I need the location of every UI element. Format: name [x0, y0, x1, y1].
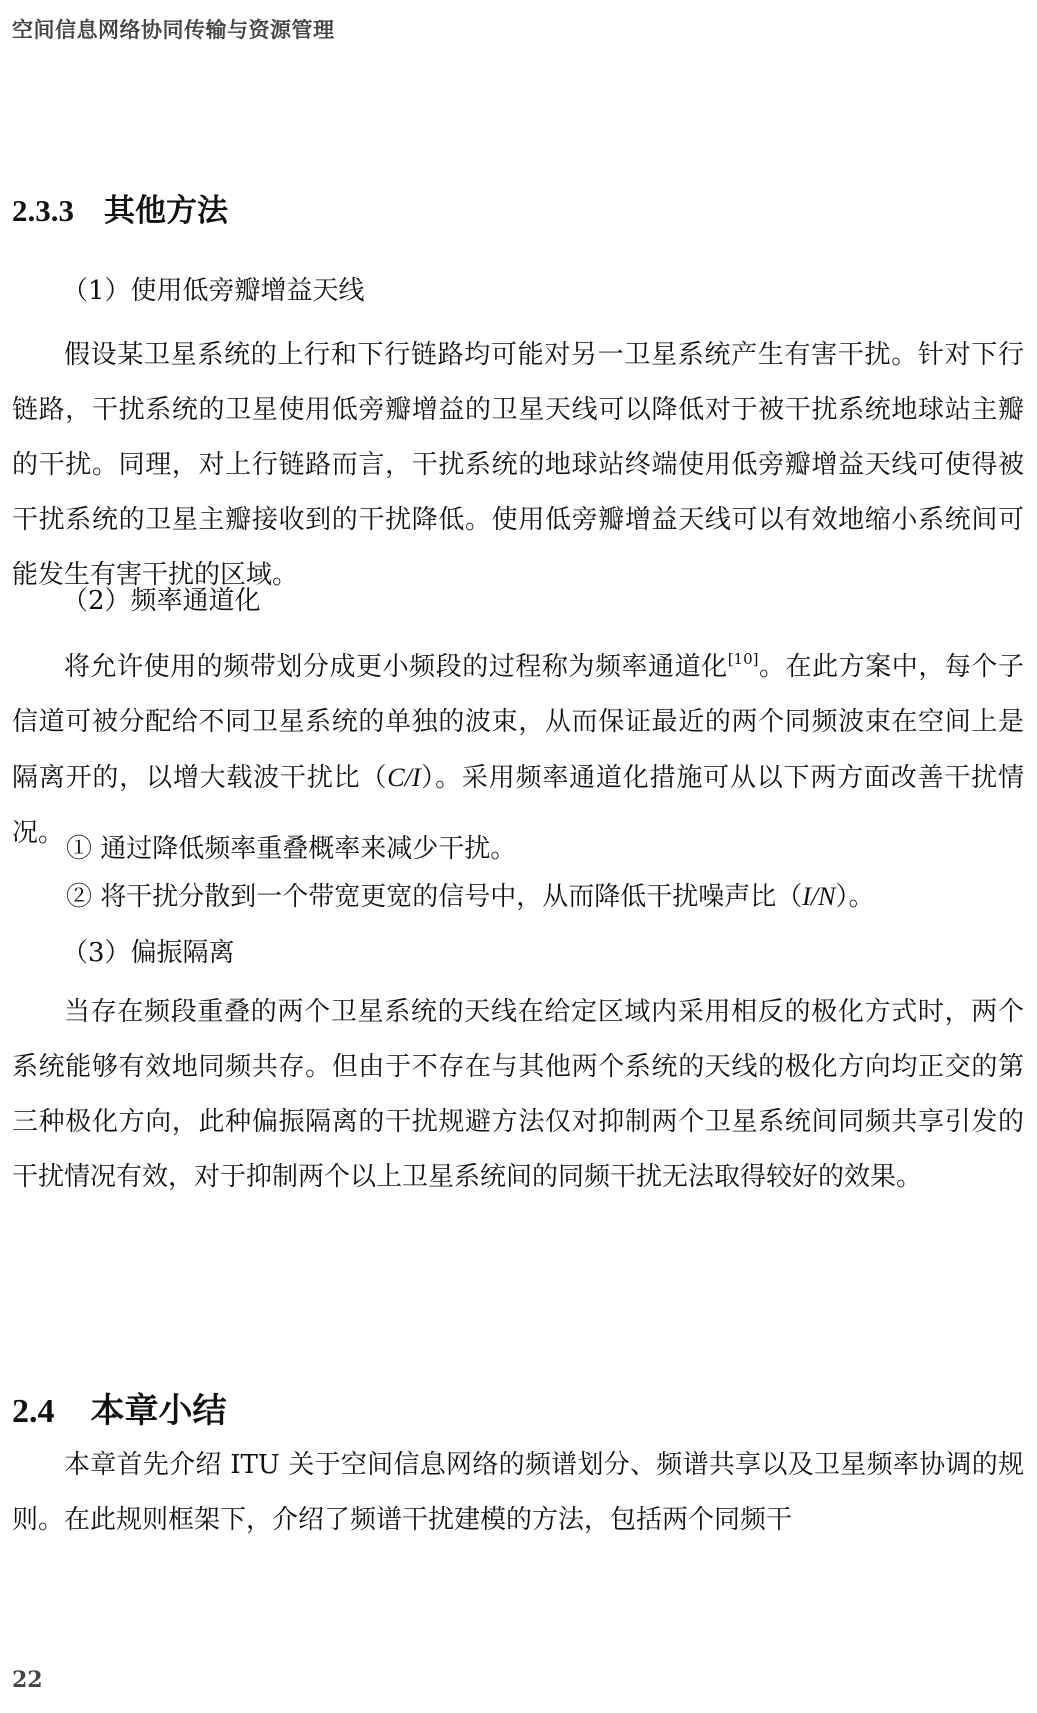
- item-marker: ①: [66, 834, 92, 864]
- list-item: ② 将干扰分散到一个带宽更宽的信号中，从而降低干扰噪声比（I/N）。: [66, 876, 875, 913]
- citation: [10]: [728, 650, 759, 668]
- item-text: 通过降低频率重叠概率来减少干扰。: [100, 834, 516, 864]
- text-segment: ）。: [836, 882, 875, 912]
- item-marker: ②: [66, 882, 92, 912]
- ratio-in: I/N: [802, 882, 835, 911]
- subheading-low-sidelobe: （1）使用低旁瓣增益天线: [62, 270, 365, 307]
- section-title: 其他方法: [104, 193, 228, 229]
- page-number: 22: [12, 1667, 43, 1693]
- ratio-ci: C/I: [387, 763, 420, 792]
- item-text: 将干扰分散到一个带宽更宽的信号中，从而降低干扰噪声比（I/N）。: [100, 882, 874, 912]
- section-number: 2.4: [12, 1393, 55, 1430]
- paragraph-channelization: 将允许使用的频带划分成更小频段的过程称为频率通道化[10]。在此方案中，每个子信…: [12, 632, 1024, 861]
- text-segment: 将干扰分散到一个带宽更宽的信号中，从而降低干扰噪声比（: [100, 882, 802, 912]
- paragraph-polarization: 当存在频段重叠的两个卫星系统的天线在给定区域内采用相反的极化方式时，两个系统能够…: [12, 985, 1024, 1205]
- text-segment: 将允许使用的频带划分成更小频段的过程称为频率通道化: [64, 652, 728, 682]
- section-title: 本章小结: [91, 1391, 227, 1431]
- section-number: 2.3.3: [12, 193, 74, 228]
- section-heading-2-3-3: 2.3.3其他方法: [12, 185, 228, 230]
- paragraph-low-sidelobe: 假设某卫星系统的上行和下行链路均可能对另一卫星系统产生有害干扰。针对下行链路，干…: [12, 328, 1024, 603]
- paragraph-summary: 本章首先介绍 ITU 关于空间信息网络的频谱划分、频谱共享以及卫星频率协调的规则…: [12, 1438, 1024, 1548]
- running-head: 空间信息网络协同传输与资源管理: [12, 14, 335, 44]
- subheading-channelization: （2）频率通道化: [62, 580, 261, 617]
- list-item: ① 通过降低频率重叠概率来减少干扰。: [66, 828, 516, 865]
- section-heading-2-4: 2.4本章小结: [12, 1383, 227, 1432]
- subheading-polarization: （3）偏振隔离: [62, 932, 235, 969]
